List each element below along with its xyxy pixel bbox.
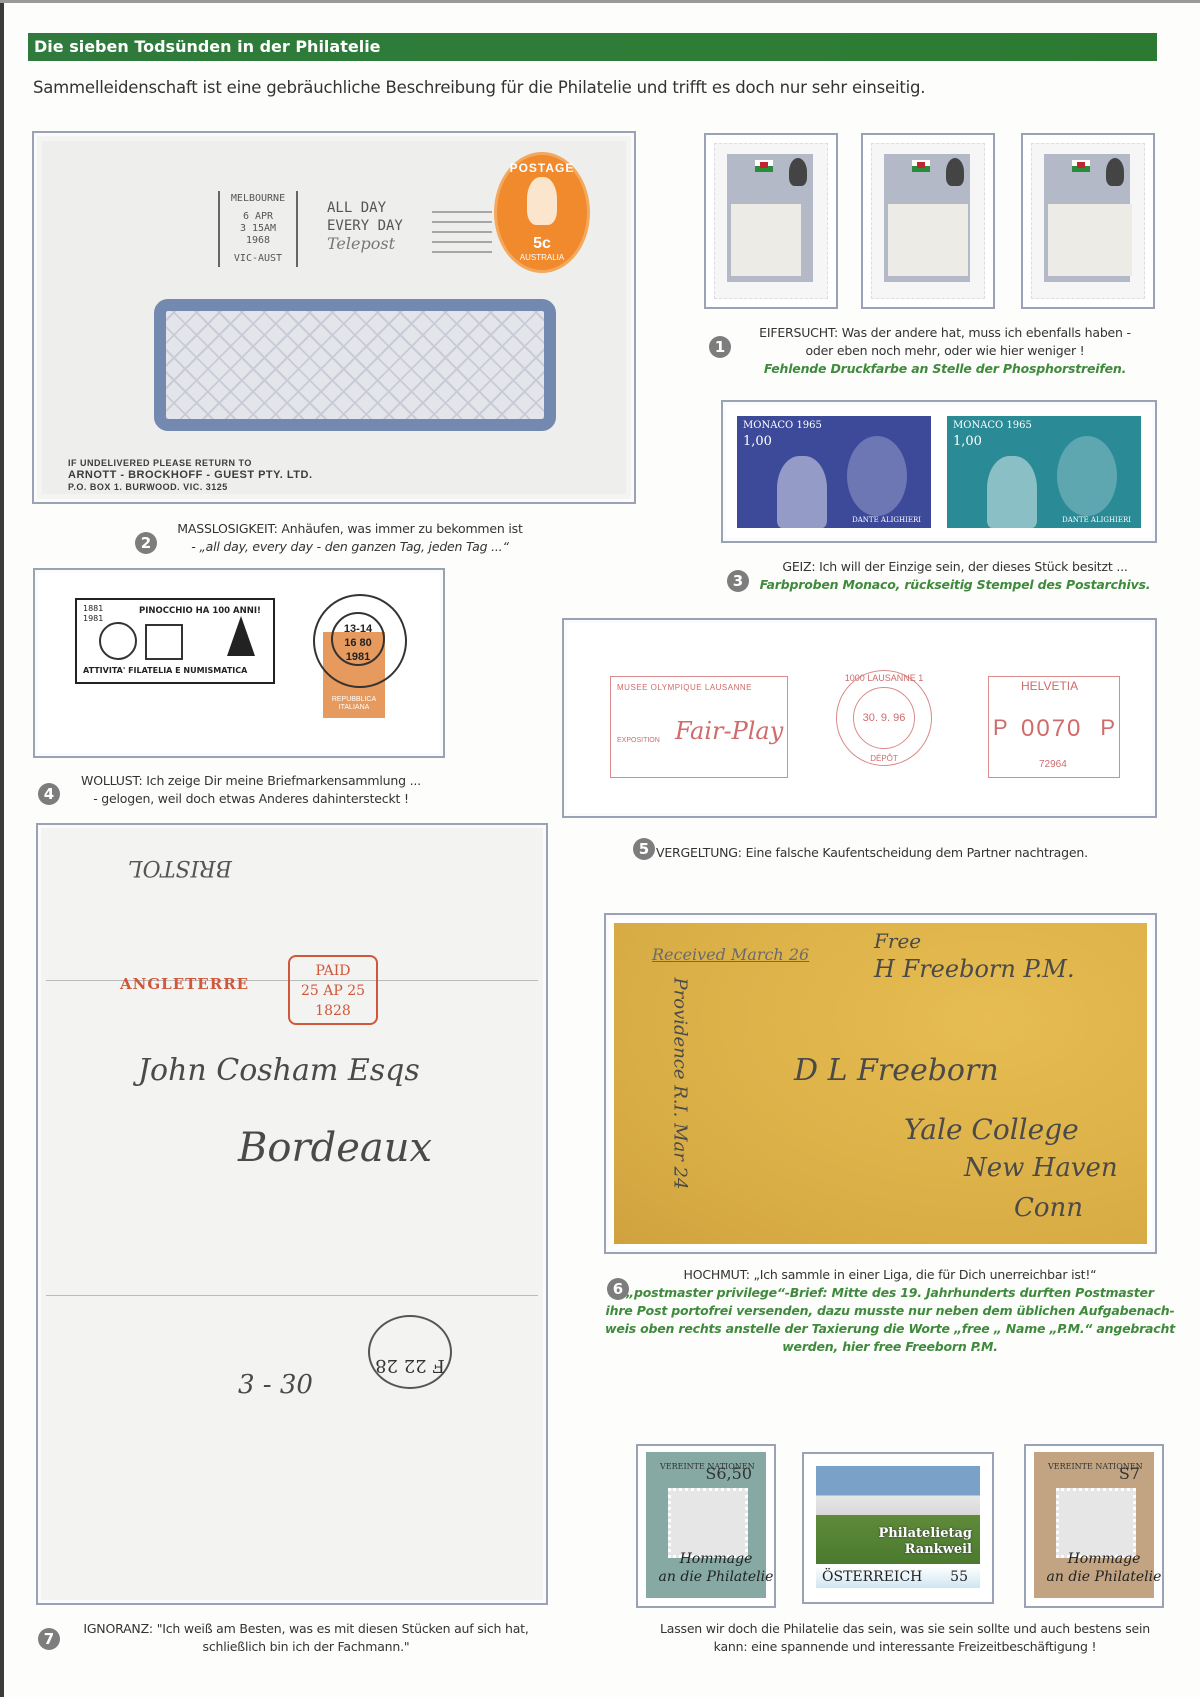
- franking-country: HELVETIA: [1021, 679, 1078, 693]
- stamp-country: ÖSTERREICH: [822, 1569, 922, 1585]
- australia-envelope: MELBOURNE 6 APR 3 15AM 1968 VIC-AUST ALL…: [32, 131, 636, 504]
- melbourne-postmark: MELBOURNE 6 APR 3 15AM 1968 VIC-AUST: [218, 191, 298, 267]
- origin-note: Providence R.I. Mar 24: [669, 978, 690, 1190]
- caption-hochmut: HOCHMUT: „Ich sammle in einer Liga, die …: [600, 1266, 1180, 1356]
- lausanne-meter-cut: MUSEE OLYMPIQUE LAUSANNE EXPOSITION Fair…: [562, 618, 1157, 818]
- badge-2: 2: [135, 532, 157, 554]
- stamp-caption: DANTE ALIGHIERI: [1062, 516, 1131, 524]
- castle-image: [888, 204, 968, 276]
- caption-line: IGNORANZ: "Ich weiß am Besten, was es mi…: [66, 1620, 546, 1638]
- postmaster-signature: H Freeborn P.M.: [874, 955, 1075, 983]
- badge-1: 1: [709, 336, 731, 358]
- stamp-on-stamp: [668, 1488, 748, 1558]
- paid-label: PAID: [290, 961, 376, 981]
- welsh-flag-icon: [1072, 160, 1090, 172]
- closing-line: kann: eine spannende und interessante Fr…: [630, 1638, 1180, 1656]
- welsh-flag-icon: [912, 160, 930, 172]
- castle-stamp-3: [1021, 133, 1155, 309]
- stamp-caption: DANTE ALIGHIERI: [852, 516, 921, 524]
- script-line: an die Philatelie: [1044, 1568, 1164, 1586]
- script-line: Hommage: [1044, 1550, 1164, 1568]
- paid-stamp: PAID 25 AP 25 1828: [288, 955, 378, 1025]
- scan-edge-top: [0, 0, 1200, 3]
- stamp-icon: [145, 624, 183, 660]
- postmark-time: 3 15AM: [220, 223, 296, 235]
- year: 1881: [83, 604, 103, 614]
- closing-text: Lassen wir doch die Philatelie das sein,…: [630, 1620, 1180, 1656]
- queen-head-icon: [789, 158, 807, 186]
- cancel-date: 16 80: [333, 636, 383, 650]
- caption-line: - gelogen, weil doch etwas Anderes dahin…: [66, 790, 436, 808]
- badge-7: 7: [38, 1628, 60, 1650]
- badge-4: 4: [38, 783, 60, 805]
- caption-line: GEIZ: Ich will der Einzige sein, der die…: [755, 558, 1155, 576]
- cancel-footer: ATTIVITA' FILATELIA E NUMISMATICA: [83, 666, 247, 675]
- bristol-backstamp: BRISTOL: [128, 855, 232, 880]
- envelope-window: [154, 299, 556, 431]
- postmark-city: MELBOURNE: [220, 193, 296, 205]
- caption-note: werden, hier free Freeborn P.M.: [600, 1338, 1180, 1356]
- caption-ignoranz: IGNORANZ: "Ich weiß am Besten, was es mi…: [66, 1620, 546, 1656]
- proof-blue: MONACO 1965 1,00 DANTE ALIGHIERI: [737, 416, 931, 528]
- cancel-headline: PINOCCHIO HA 100 ANNI!: [139, 606, 261, 616]
- caption-note: Fehlende Druckfarbe an Stelle der Phosph…: [735, 360, 1155, 378]
- dante-figure: [777, 456, 827, 528]
- stamp-value: 55: [950, 1569, 968, 1585]
- postmark-year: 1968: [220, 235, 296, 247]
- caption-line: schließlich bin ich der Fachmann.": [66, 1638, 546, 1656]
- caption-vergeltung: VERGELTUNG: Eine falsche Kaufentscheidun…: [656, 844, 1126, 862]
- queen-portrait-icon: [527, 177, 557, 225]
- caption-wollust: WOLLUST: Ich zeige Dir meine Briefmarken…: [66, 772, 436, 808]
- badge-3: 3: [727, 570, 749, 592]
- addressee: John Cosham Esqs: [138, 1053, 420, 1088]
- slogan-script: Telepost: [327, 235, 403, 253]
- stamp-country: REPUBBLICA ITALIANA: [323, 696, 385, 712]
- cancel-year: 1981: [333, 650, 383, 664]
- queen-head-icon: [1106, 158, 1124, 186]
- caption-note: „postmaster privilege“-Brief: Mitte des …: [600, 1284, 1180, 1302]
- address-line: New Haven: [964, 1153, 1118, 1183]
- caption-line: HOCHMUT: „Ich sammle in einer Liga, die …: [600, 1266, 1180, 1284]
- script-line: an die Philatelie: [656, 1568, 776, 1586]
- caption-note: weis oben rechts anstelle der Taxierung …: [600, 1320, 1180, 1338]
- postmark-region: VIC-AUST: [220, 253, 296, 265]
- received-note: Received March 26: [652, 945, 809, 964]
- caption-eifersucht: EIFERSUCHT: Was der andere hat, muss ich…: [735, 324, 1155, 378]
- badge-5: 5: [633, 838, 655, 860]
- stamp-on-stamp: [1056, 1488, 1136, 1558]
- meter-number: 72964: [1039, 759, 1067, 770]
- pinocchio-cancel: 18811981 PINOCCHIO HA 100 ANNI! ATTIVITA…: [75, 598, 275, 684]
- stamp-title: Philatelietag: [879, 1526, 972, 1542]
- franking-value: 0070: [1021, 715, 1082, 743]
- handwritten-note: 3 - 30: [238, 1370, 313, 1400]
- stamp-label: POSTAGE: [497, 161, 587, 175]
- post-p-icon: P: [1100, 715, 1115, 741]
- return-header: IF UNDELIVERED PLEASE RETURN TO: [68, 457, 313, 469]
- freeborn-cover: Received March 26 Free H Freeborn P.M. D…: [604, 913, 1157, 1254]
- queen-head-icon: [946, 158, 964, 186]
- free-frank: Free: [874, 929, 921, 953]
- slogan-header: MUSEE OLYMPIQUE LAUSANNE: [617, 683, 752, 692]
- caption-note: ihre Post portofrei versenden, dazu muss…: [600, 1302, 1180, 1320]
- proof-teal: MONACO 1965 1,00 DANTE ALIGHIERI: [947, 416, 1141, 528]
- page-title: Die sieben Todsünden in der Philatelie: [28, 33, 1157, 61]
- return-po-box: P.O. BOX 1. BURWOOD. VIC. 3125: [68, 481, 313, 493]
- fold-line: [46, 1295, 538, 1296]
- address-line: Yale College: [904, 1113, 1079, 1146]
- slogan-script: Fair-Play: [675, 717, 783, 745]
- cancel-date: 30. 9. 96: [853, 687, 915, 749]
- bordeaux-letter: BRISTOL ANGLETERRE PAID 25 AP 25 1828 Jo…: [36, 823, 548, 1605]
- slogan-cancel: ALL DAY EVERY DAY Telepost: [327, 199, 403, 253]
- austria-personal-stamp: PhilatelietagRankweil ÖSTERREICH55: [802, 1452, 994, 1604]
- stamp-value: S7: [1119, 1464, 1140, 1483]
- closing-line: Lassen wir doch die Philatelie das sein,…: [630, 1620, 1180, 1638]
- paid-year: 1828: [290, 1001, 376, 1021]
- castle-image: [1048, 204, 1132, 276]
- intro-text: Sammelleidenschaft ist eine gebräuchlich…: [33, 78, 925, 97]
- coin-icon: [99, 622, 137, 660]
- slogan-sub: EXPOSITION: [617, 737, 660, 744]
- return-company: ARNOTT - BROCKHOFF - GUEST PTY. LTD.: [68, 469, 313, 481]
- arrival-postmark: F 22 28: [368, 1315, 452, 1389]
- caption-note: Farbproben Monaco, rückseitig Stempel de…: [755, 576, 1155, 594]
- post-p-icon: P: [993, 715, 1008, 741]
- olympic-slogan: MUSEE OLYMPIQUE LAUSANNE EXPOSITION Fair…: [610, 676, 788, 778]
- cancel-place: 1000 LAUSANNE 1: [837, 673, 931, 683]
- caption-line: oder eben noch mehr, oder wie hier wenig…: [735, 342, 1155, 360]
- postage-stamp-imprint: POSTAGE 5c AUSTRALIA: [494, 152, 590, 273]
- stamp-country: MONACO 1965: [953, 420, 1032, 431]
- caption-line: EIFERSUCHT: Was der andere hat, muss ich…: [735, 324, 1155, 342]
- roma-cancel: 13-14 16 80 1981: [313, 594, 407, 688]
- addressee: D L Freeborn: [794, 1053, 999, 1088]
- helvetia-franking: HELVETIA P 0070 P 72964: [988, 676, 1120, 778]
- un-stamp-hommage-1: VEREINTE NATIONEN S6,50 Hommagean die Ph…: [636, 1444, 776, 1608]
- stamp-country: AUSTRALIA: [497, 253, 587, 262]
- stamp-value: 5c: [497, 235, 587, 253]
- return-address: IF UNDELIVERED PLEASE RETURN TO ARNOTT -…: [68, 457, 313, 493]
- castle-image: [731, 204, 801, 276]
- caption-line: WOLLUST: Ich zeige Dir meine Briefmarken…: [66, 772, 436, 790]
- stamp-title: Rankweil: [879, 1542, 972, 1558]
- stamp-value: 1,00: [743, 434, 772, 449]
- paid-date: 25 AP 25: [290, 981, 376, 1001]
- castle-stamp-1: [704, 133, 838, 309]
- castle-stamp-2: [861, 133, 995, 309]
- postmark-date: 6 APR: [220, 211, 296, 223]
- caption-geiz: GEIZ: Ich will der Einzige sein, der die…: [755, 558, 1155, 594]
- pinocchio-card: 18811981 PINOCCHIO HA 100 ANNI! ATTIVITA…: [33, 568, 445, 758]
- lausanne-cancel: 1000 LAUSANNE 1 30. 9. 96 DÉPÔT: [836, 670, 932, 766]
- stamp-value: 1,00: [953, 434, 982, 449]
- slogan-line: EVERY DAY: [327, 217, 403, 235]
- caption-quote: - „all day, every day - den ganzen Tag, …: [191, 539, 508, 554]
- caption-line: MASSLOSIGKEIT: Anhäufen, was immer zu be…: [160, 520, 540, 538]
- year: 1981: [83, 614, 103, 624]
- cancel-lines: [432, 203, 492, 259]
- slogan-line: ALL DAY: [327, 199, 403, 217]
- stamp-value: S6,50: [705, 1464, 752, 1483]
- caption-masslosigkeit: MASSLOSIGKEIT: Anhäufen, was immer zu be…: [160, 520, 540, 556]
- beatrice-figure: [847, 436, 907, 516]
- address-line: Conn: [1014, 1193, 1083, 1223]
- monaco-color-proofs: MONACO 1965 1,00 DANTE ALIGHIERI MONACO …: [721, 400, 1157, 543]
- cancel-time: 13-14: [333, 622, 383, 636]
- scan-edge: [0, 0, 4, 1697]
- pinocchio-hat-icon: [227, 616, 255, 656]
- dante-figure: [987, 456, 1037, 528]
- beatrice-figure: [1057, 436, 1117, 516]
- stamp-country: MONACO 1965: [743, 420, 822, 431]
- cancel-office: DÉPÔT: [837, 754, 931, 763]
- script-line: Hommage: [656, 1550, 776, 1568]
- un-stamp-hommage-2: VEREINTE NATIONEN S7 Hommagean die Phila…: [1024, 1444, 1164, 1608]
- city: Bordeaux: [238, 1125, 432, 1171]
- angleterre-cancel: ANGLETERRE: [120, 975, 249, 993]
- welsh-flag-icon: [755, 160, 773, 172]
